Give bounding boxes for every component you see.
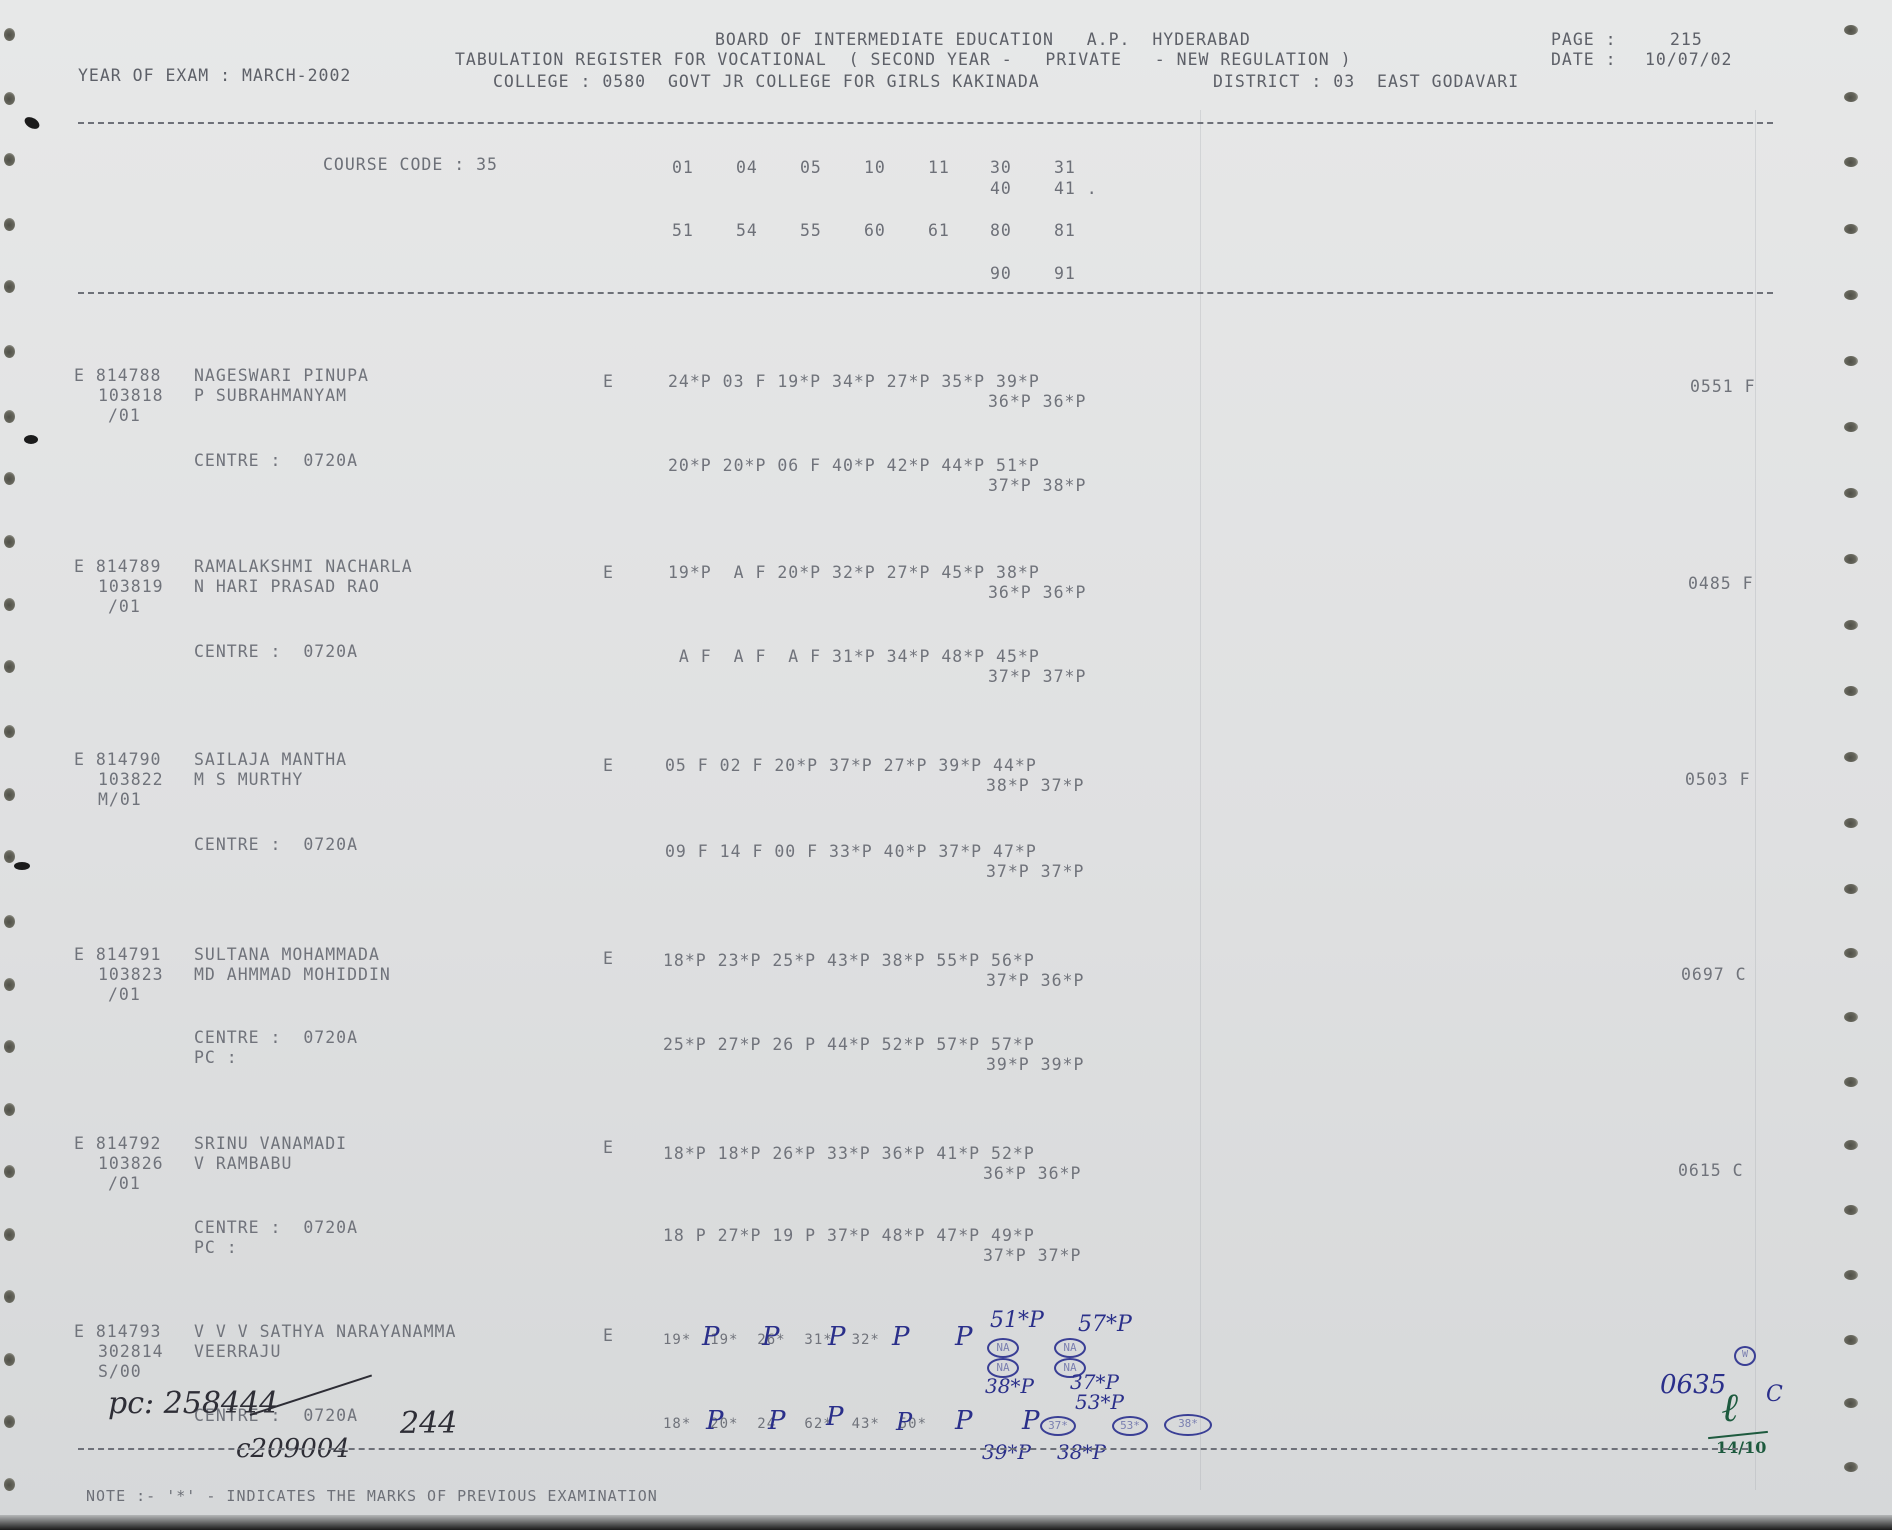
feed-hole-icon — [1844, 686, 1858, 696]
year-of-exam: YEAR OF EXAM : MARCH-2002 — [78, 66, 351, 86]
feed-hole-icon — [1844, 224, 1858, 234]
medium: E — [603, 1326, 614, 1346]
feed-hole-icon — [1844, 290, 1858, 300]
feed-hole-icon — [4, 660, 15, 673]
centre-code: CENTRE : 0720A — [194, 835, 358, 855]
footer-divider — [78, 1448, 1748, 1450]
feed-hole-icon — [1844, 1335, 1858, 1345]
feed-hole-icon — [4, 725, 15, 738]
feed-hole-icon — [4, 598, 15, 611]
footer-note: NOTE :- '*' - INDICATES THE MARKS OF PRE… — [86, 1486, 658, 1506]
left-tractor-feed-holes — [4, 0, 24, 1530]
feed-hole-icon — [1844, 554, 1858, 564]
marks-row-1-sub: 36*P 36*P — [983, 1164, 1081, 1184]
student-code: 103818 — [98, 386, 164, 406]
handwritten-pass-mark: P — [762, 1322, 780, 1352]
student-name: SAILAJA MANTHA — [194, 750, 347, 770]
subject-code: 41 . — [1054, 179, 1098, 199]
subject-code: 05 — [800, 158, 822, 178]
feed-hole-icon — [1844, 1398, 1858, 1408]
circled-mark: 37* — [1040, 1416, 1076, 1436]
father-name: P SUBRAHMANYAM — [194, 386, 347, 406]
pc-label: PC : — [194, 1048, 238, 1068]
handwritten-result: C — [1766, 1382, 1783, 1407]
subject-code: 11 — [928, 158, 950, 178]
subject-code: 55 — [800, 221, 822, 241]
medium: E — [603, 949, 614, 969]
registration-number: E 814788 — [74, 366, 161, 386]
record-suffix: /01 — [108, 985, 141, 1005]
feed-hole-icon — [1844, 488, 1858, 498]
father-name: MD AHMMAD MOHIDDIN — [194, 965, 391, 985]
student-code: 302814 — [98, 1342, 164, 1362]
medium: E — [603, 372, 614, 392]
registration-number: E 814791 — [74, 945, 161, 965]
feed-hole-icon — [4, 1478, 15, 1491]
marks-row-2-sub: 37*P 37*P — [988, 667, 1086, 687]
pc-label: PC : — [194, 1238, 238, 1258]
feed-hole-icon — [4, 1103, 15, 1116]
subject-code: 90 — [990, 264, 1012, 284]
subject-code: 04 — [736, 158, 758, 178]
feed-hole-icon — [4, 1290, 15, 1303]
student-code: 103823 — [98, 965, 164, 985]
marks-row-2: 20*P 20*P 06 F 40*P 42*P 44*P 51*P — [668, 456, 1040, 476]
subject-code: 40 — [990, 179, 1012, 199]
handwritten-extra-mark: 51*P — [990, 1308, 1044, 1333]
handwritten-extra-mark: 39*P — [982, 1440, 1031, 1464]
circled-mark: 53* — [1112, 1416, 1148, 1436]
total-result: 0485 F — [1688, 574, 1754, 594]
handwritten-extra-mark: 57*P — [1078, 1312, 1132, 1337]
feed-hole-icon — [4, 788, 15, 801]
centre-code: CENTRE : 0720A — [194, 1218, 358, 1238]
feed-hole-icon — [4, 915, 15, 928]
handwritten-pc-note: pc: 258444 — [108, 1386, 278, 1421]
marks-row-2: 25*P 27*P 26 P 44*P 52*P 57*P 57*P — [663, 1035, 1035, 1055]
feed-hole-icon — [1844, 1140, 1858, 1150]
ink-mark — [24, 435, 38, 444]
subject-code: 31 — [1054, 158, 1076, 178]
feed-hole-icon — [4, 92, 15, 105]
record-suffix: M/01 — [98, 790, 142, 810]
total-result: 0615 C — [1678, 1161, 1744, 1181]
feed-hole-icon — [1844, 752, 1858, 762]
feed-hole-icon — [1844, 92, 1858, 102]
subject-code: 81 — [1054, 221, 1076, 241]
ink-mark — [14, 862, 30, 870]
registration-number: E 814789 — [74, 557, 161, 577]
feed-hole-icon — [4, 850, 15, 863]
handwritten-pass-mark: P — [768, 1406, 786, 1436]
marks-row-1-sub: 36*P 36*P — [988, 392, 1086, 412]
feed-hole-icon — [1844, 1462, 1858, 1472]
marks-row-2: 18 P 27*P 19 P 37*P 48*P 47*P 49*P — [663, 1226, 1035, 1246]
medium: E — [603, 563, 614, 583]
circled-mark: 38* — [1164, 1414, 1212, 1436]
feed-hole-icon — [4, 1040, 15, 1053]
handwritten-pass-mark: P — [955, 1322, 973, 1352]
feed-hole-icon — [4, 978, 15, 991]
handwritten-total: 0635 — [1660, 1370, 1726, 1400]
marks-row-2-sub: 37*P 38*P — [988, 476, 1086, 496]
marks-row-1: 18*P 23*P 25*P 43*P 38*P 55*P 56*P — [663, 951, 1035, 971]
record-suffix: /01 — [108, 406, 141, 426]
record-suffix: /01 — [108, 1174, 141, 1194]
handwritten-pass-mark: P — [706, 1406, 724, 1436]
date-value: 10/07/02 — [1645, 50, 1732, 70]
column-rule — [1200, 110, 1201, 1490]
feed-hole-icon — [1844, 356, 1858, 366]
course-header-divider — [78, 292, 1773, 294]
marks-row-1-sub: 37*P 36*P — [986, 971, 1084, 991]
feed-hole-icon — [4, 472, 15, 485]
registration-number: E 814790 — [74, 750, 161, 770]
circled-na-mark: NA — [987, 1338, 1019, 1358]
feed-hole-icon — [4, 280, 15, 293]
medium: E — [603, 1138, 614, 1158]
registration-number: E 814793 — [74, 1322, 161, 1342]
subject-code: 61 — [928, 221, 950, 241]
board-title: BOARD OF INTERMEDIATE EDUCATION A.P. HYD… — [715, 30, 1251, 50]
marks-row-2-sub: 39*P 39*P — [986, 1055, 1084, 1075]
signature-icon: ℓ — [1722, 1384, 1739, 1431]
handwritten-pass-mark: P — [1022, 1406, 1040, 1436]
father-name: V RAMBABU — [194, 1154, 292, 1174]
right-tractor-feed-holes — [1844, 0, 1864, 1530]
feed-hole-icon — [1844, 1205, 1858, 1215]
course-code-label: COURSE CODE : 35 — [323, 155, 498, 175]
feed-hole-icon — [4, 28, 15, 41]
subject-code: 01 — [672, 158, 694, 178]
student-name: RAMALAKSHMI NACHARLA — [194, 557, 413, 577]
date-label: DATE : — [1551, 50, 1617, 70]
feed-hole-icon — [1844, 884, 1858, 894]
college-line: COLLEGE : 0580 GOVT JR COLLEGE FOR GIRLS… — [493, 72, 1040, 92]
feed-hole-icon — [4, 218, 15, 231]
feed-hole-icon — [4, 153, 15, 166]
marks-row-2: A F A F A F 31*P 34*P 48*P 45*P — [668, 647, 1040, 667]
handwritten-extra-mark: 53*P — [1075, 1390, 1124, 1414]
handwritten-pass-mark: P — [826, 1402, 844, 1432]
subject-code: 10 — [864, 158, 886, 178]
marks-row-2-sub: 37*P 37*P — [983, 1246, 1081, 1266]
subject-code: 51 — [672, 221, 694, 241]
student-code: 103826 — [98, 1154, 164, 1174]
medium: E — [603, 756, 614, 776]
ink-mark — [23, 115, 42, 132]
page-label: PAGE : — [1551, 30, 1617, 50]
total-result: 0551 F — [1690, 377, 1756, 397]
feed-hole-icon — [1844, 1077, 1858, 1087]
circled-na-mark: NA — [1054, 1338, 1086, 1358]
feed-hole-icon — [4, 535, 15, 548]
feed-hole-icon — [1844, 422, 1858, 432]
handwritten-pass-mark: P — [896, 1408, 912, 1436]
subject-code: 91 — [1054, 264, 1076, 284]
page-bottom-edge — [0, 1515, 1892, 1530]
father-name: VEERRAJU — [194, 1342, 281, 1362]
feed-hole-icon — [1844, 25, 1858, 35]
feed-hole-icon — [1844, 948, 1858, 958]
feed-hole-icon — [4, 1165, 15, 1178]
register-title: TABULATION REGISTER FOR VOCATIONAL ( SEC… — [455, 50, 1352, 70]
subject-code: 80 — [990, 221, 1012, 241]
centre-code: CENTRE : 0720A — [194, 642, 358, 662]
registration-number: E 814792 — [74, 1134, 161, 1154]
feed-hole-icon — [1844, 1270, 1858, 1280]
student-name: SULTANA MOHAMMADA — [194, 945, 380, 965]
marks-row-1: 18*P 18*P 26*P 33*P 36*P 41*P 52*P — [663, 1144, 1035, 1164]
subject-code: 30 — [990, 158, 1012, 178]
handwritten-pass-mark: P — [702, 1322, 720, 1352]
feed-hole-icon — [4, 1353, 15, 1366]
student-name: SRINU VANAMADI — [194, 1134, 347, 1154]
student-name: NAGESWARI PINUPA — [194, 366, 369, 386]
feed-hole-icon — [4, 1415, 15, 1428]
record-suffix: S/00 — [98, 1362, 142, 1382]
district-line: DISTRICT : 03 EAST GODAVARI — [1213, 72, 1519, 92]
feed-hole-icon — [1844, 157, 1858, 167]
feed-hole-icon — [1844, 818, 1858, 828]
feed-hole-icon — [1844, 1012, 1858, 1022]
student-code: 103822 — [98, 770, 164, 790]
marks-row-1-sub: 36*P 36*P — [988, 583, 1086, 603]
subject-code: 60 — [864, 221, 886, 241]
handwritten-extra-mark: 38*P — [985, 1374, 1034, 1398]
father-name: N HARI PRASAD RAO — [194, 577, 380, 597]
feed-hole-icon — [1844, 620, 1858, 630]
page-number: 215 — [1670, 30, 1703, 50]
feed-hole-icon — [4, 345, 15, 358]
feed-hole-icon — [4, 1228, 15, 1241]
handwritten-pass-mark: P — [892, 1322, 910, 1352]
marks-row-2-sub: 37*P 37*P — [986, 862, 1084, 882]
total-result: 0697 C — [1681, 965, 1747, 985]
marks-row-1: 05 F 02 F 20*P 37*P 27*P 39*P 44*P — [665, 756, 1037, 776]
father-name: M S MURTHY — [194, 770, 303, 790]
handwritten-extra-mark: 38*P — [1057, 1440, 1106, 1464]
marks-row-1-sub: 38*P 37*P — [986, 776, 1084, 796]
centre-code: CENTRE : 0720A — [194, 451, 358, 471]
scanned-document-page: YEAR OF EXAM : MARCH-2002 BOARD OF INTER… — [0, 0, 1892, 1530]
total-result: 0503 F — [1685, 770, 1751, 790]
column-rule — [1755, 110, 1756, 1490]
handwritten-centre-note: 244 — [400, 1406, 457, 1441]
marks-row-1: 19*P A F 20*P 32*P 27*P 45*P 38*P — [668, 563, 1040, 583]
marks-row-2: 09 F 14 F 00 F 33*P 40*P 37*P 47*P — [665, 842, 1037, 862]
student-name: V V V SATHYA NARAYANAMMA — [194, 1322, 456, 1342]
subject-code: 54 — [736, 221, 758, 241]
header-divider — [78, 122, 1773, 124]
handwritten-pass-mark: P — [955, 1406, 973, 1436]
feed-hole-icon — [4, 410, 15, 423]
marks-row-1: 24*P 03 F 19*P 34*P 27*P 35*P 39*P — [668, 372, 1040, 392]
handwritten-pass-mark: P — [828, 1322, 846, 1352]
circled-w-mark: W — [1734, 1346, 1756, 1366]
student-code: 103819 — [98, 577, 164, 597]
record-suffix: /01 — [108, 597, 141, 617]
centre-code: CENTRE : 0720A — [194, 1028, 358, 1048]
